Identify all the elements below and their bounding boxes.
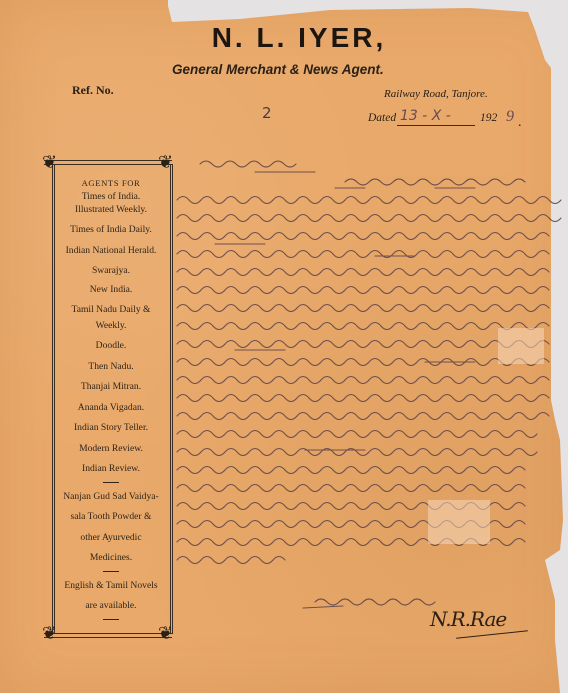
tape-patch — [428, 500, 490, 544]
novels-line: are available. — [52, 600, 170, 612]
handwriting-strokes — [175, 150, 565, 620]
year-printed: 192 — [480, 112, 497, 124]
dated-underline — [397, 125, 475, 126]
publication: Indian National Herald. — [52, 245, 170, 257]
publication: Times of India. — [52, 191, 170, 203]
publication: Indian Review. — [52, 463, 170, 475]
product-line: other Ayurvedic — [52, 532, 170, 544]
handwritten-body — [175, 150, 565, 620]
product-line: Nanjan Gud Sad Vaidya- — [52, 491, 170, 503]
tape-patch — [498, 328, 544, 364]
ref-label: Ref. No. — [72, 83, 114, 98]
address: Railway Road, Tanjore. — [384, 88, 488, 100]
publication: Modern Review. — [52, 443, 170, 455]
publication: Thanjai Mitran. — [52, 381, 170, 393]
publication: Tamil Nadu Daily & — [52, 304, 170, 316]
signature: N.R.Rae — [430, 607, 506, 631]
publication: Illustrated Weekly. — [52, 204, 170, 216]
divider — [103, 619, 119, 620]
product-line: Medicines. — [52, 552, 170, 564]
publication: New India. — [52, 284, 170, 296]
divider — [103, 571, 119, 572]
year-handwritten: 9 — [506, 108, 514, 126]
novels-line: English & Tamil Novels — [52, 580, 170, 592]
publication: Then Nadu. — [52, 361, 170, 373]
divider — [103, 482, 119, 483]
ornament-corner-icon: ❦ — [158, 156, 172, 170]
letterhead-name: N. L. IYER, — [0, 22, 568, 54]
date-period: . — [518, 115, 522, 131]
publication: Swarajya. — [52, 265, 170, 277]
agents-header: AGENTS FOR — [52, 178, 170, 188]
ornament-corner-icon: ❦ — [42, 156, 56, 170]
dated-label: Dated — [368, 112, 396, 124]
publication: Doodle. — [52, 340, 170, 352]
publication: Weekly. — [52, 320, 170, 332]
dated-value: 13 - X - — [400, 108, 451, 124]
ref-number: 2 — [262, 104, 272, 122]
letterhead-tagline: General Merchant & News Agent. — [172, 62, 384, 77]
agents-list: AGENTS FOR Times of India. Illustrated W… — [52, 178, 170, 632]
publication: Indian Story Teller. — [52, 422, 170, 434]
product-line: sala Tooth Powder & — [52, 511, 170, 523]
publication: Times of India Daily. — [52, 224, 170, 236]
publication: Ananda Vigadan. — [52, 402, 170, 414]
